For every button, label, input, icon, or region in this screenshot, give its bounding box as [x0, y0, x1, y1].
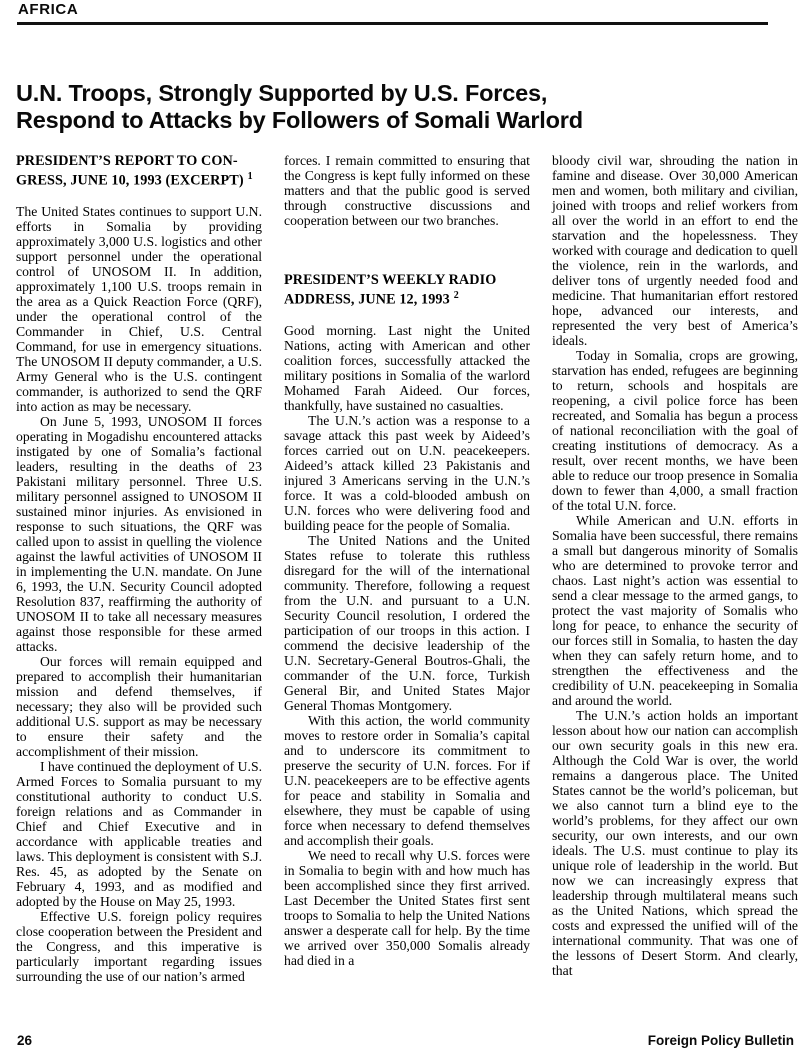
article-title-line1: U.N. Troops, Strongly Supported by U.S. … [16, 80, 756, 107]
heading-line: PRESIDENT’S WEEKLY RADIO [284, 272, 530, 288]
paragraph: We need to recall why U.S. forces were i… [284, 848, 530, 968]
footnote-ref-2: 2 [454, 290, 459, 301]
heading-line: GRESS, JUNE 10, 1993 (EXCERPT)1 [16, 169, 262, 189]
paragraph: The United States continues to support U… [16, 204, 262, 414]
heading-line-text: ADDRESS, JUNE 12, 1993 [284, 292, 450, 308]
paragraph-continuation: forces. I remain committed to ensuring t… [284, 153, 530, 228]
paragraph: The U.N.’s action holds an important les… [552, 708, 798, 978]
footnote-ref-1: 1 [248, 171, 253, 182]
page-number: 26 [17, 1033, 32, 1048]
paragraph: While American and U.N. efforts in Somal… [552, 513, 798, 708]
paragraph: Effective U.S. foreign policy requires c… [16, 909, 262, 984]
paragraph: The United Nations and the United States… [284, 533, 530, 713]
column-1: PRESIDENT’S REPORT TO CON-GRESS, JUNE 10… [16, 153, 262, 984]
heading-line-text: GRESS, JUNE 10, 1993 (EXCERPT) [16, 173, 244, 189]
column-3: bloody civil war, shrouding the nation i… [552, 153, 798, 984]
paragraph-continuation: bloody civil war, shrouding the nation i… [552, 153, 798, 348]
paragraph: Good morning. Last night the United Nati… [284, 323, 530, 413]
section-heading-radio-address: PRESIDENT’S WEEKLY RADIOADDRESS, JUNE 12… [284, 272, 530, 308]
paragraph: I have continued the deployment of U.S. … [16, 759, 262, 909]
section-kicker: AFRICA [18, 1, 78, 18]
article-title-line2: Respond to Attacks by Followers of Somal… [16, 107, 756, 134]
paragraph: With this action, the world community mo… [284, 713, 530, 848]
publication-name: Foreign Policy Bulletin [648, 1033, 794, 1048]
paragraph: Today in Somalia, crops are growing, sta… [552, 348, 798, 513]
header-rule [17, 22, 768, 25]
article-title: U.N. Troops, Strongly Supported by U.S. … [16, 80, 756, 134]
section-heading-report: PRESIDENT’S REPORT TO CON-GRESS, JUNE 10… [16, 153, 262, 189]
paragraph: On June 5, 1993, UNOSOM II forces operat… [16, 414, 262, 654]
heading-line: ADDRESS, JUNE 12, 19932 [284, 288, 530, 308]
paragraph: The U.N.’s action was a response to a sa… [284, 413, 530, 533]
page-footer: 26 Foreign Policy Bulletin [17, 1033, 794, 1048]
column-2: forces. I remain committed to ensuring t… [284, 153, 530, 984]
article-body: PRESIDENT’S REPORT TO CON-GRESS, JUNE 10… [16, 153, 798, 984]
paragraph: Our forces will remain equipped and prep… [16, 654, 262, 759]
heading-line: PRESIDENT’S REPORT TO CON- [16, 153, 262, 169]
